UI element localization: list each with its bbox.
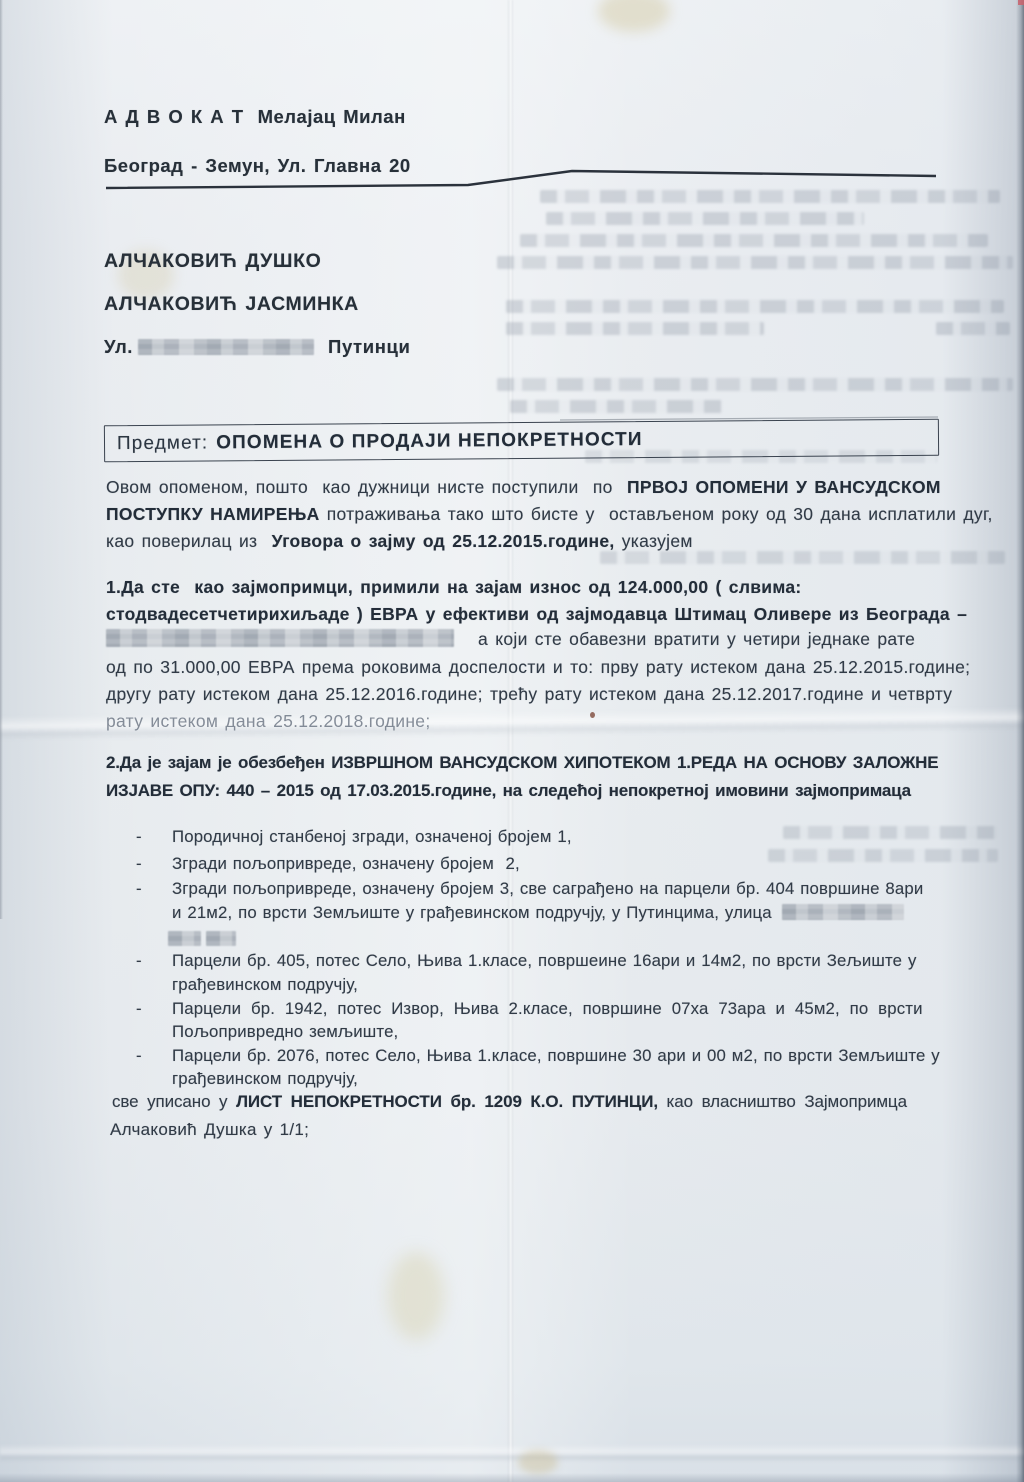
closing-line-2: Алчаковић Душка у 1/1;	[110, 1120, 309, 1140]
recipient-name: АЛЧАКОВИЋ ЈАСМИНКА	[104, 293, 359, 315]
claim2-emphasis: ИЗВРШНОМ ВАНСУДСКОМ ХИПОТЕКОМ 1.РЕДА НА …	[331, 753, 938, 772]
corner-red-mark	[1018, 0, 1024, 5]
redacted-street-address	[138, 339, 314, 355]
property-text: Згради пољопривреде, означену бројем 3, …	[172, 879, 923, 898]
redacted-property-street-3	[206, 931, 236, 946]
bullet-marker: -	[136, 854, 172, 874]
property-text: и 21м2, по врсти Земљиште у грађевинском…	[172, 903, 772, 922]
recipient-name-2: АЛЧАКОВИЋ ЈАСМИНКА	[104, 293, 359, 316]
claim1-line-3: а који сте обавезни вратити у четири јед…	[106, 629, 915, 650]
claim1-text: другу рату истеком дана 25.12.2016.годин…	[106, 684, 952, 704]
property-text: Парцели бр. 2076, потес Село, Њива 1.кла…	[172, 1046, 940, 1065]
property-text: Породичној станбеној згради, означеној б…	[172, 827, 572, 846]
bullet-marker: -	[136, 879, 172, 899]
property-item-6-line-1: -Парцели бр. 2076, потес Село, Њива 1.кл…	[136, 1046, 940, 1066]
property-text: Парцели бр. 1942, потес Извор, Њива 2.кл…	[172, 999, 923, 1018]
intro-emphasis: ПОСТУПКУ НАМИРЕЊА	[106, 504, 320, 524]
bullet-marker: -	[136, 951, 172, 971]
claim1-text: 1.Да сте као зајмопримци, примили на зај…	[106, 577, 802, 597]
closing-emphasis: ЛИСТ НЕПОКРЕТНОСТИ бр. 1209 К.О. ПУТИНЦИ…	[236, 1092, 658, 1111]
recipient-name-1: АЛЧАКОВИЋ ДУШКО	[104, 250, 321, 273]
claim2-emphasis: ИЗЈАВЕ ОПУ: 440 – 2015 од 17.03.2015.год…	[106, 781, 496, 800]
property-text: грађевинском подручју,	[172, 1069, 358, 1088]
redacted-lender-address	[106, 629, 454, 647]
claim1-line-4: од по 31.000,00 ЕВРА према роковима досп…	[106, 657, 970, 678]
scan-line-overlay	[0, 0, 1024, 1482]
claim1-line-2: стодвадесетчетирихиљаде ) ЕВРА у ефектив…	[106, 604, 967, 625]
claim2-text: 2.Да је зајам је обезбеђен	[106, 753, 331, 772]
intro-line-2: ПОСТУПКУ НАМИРЕЊА потраживања тако што б…	[106, 504, 993, 525]
claim1-line-1: 1.Да сте као зајмопримци, примили на зај…	[106, 577, 802, 598]
street-label: Ул.	[104, 336, 133, 357]
claim1-text: стодвадесетчетирихиљаде ) ЕВРА у ефектив…	[106, 604, 967, 624]
property-item-4-line-1: -Парцели бр. 405, потес Село, Њива 1.кла…	[136, 951, 917, 971]
page-edge-shadow-left	[0, 0, 3, 919]
intro-emphasis: Уговора о зајму од 25.12.2015.године,	[272, 531, 615, 551]
page-edge-shadow-right	[1016, 0, 1024, 1482]
property-text: Пољопривредно земљиште,	[172, 1022, 398, 1041]
property-item-3-line-1: -Згради пољопривреде, означену бројем 3,…	[136, 879, 923, 899]
property-item-3-line-2: и 21м2, по врсти Земљиште у грађевинском…	[172, 903, 904, 923]
subject-label: Предмет:	[117, 432, 208, 454]
claim2-line-2: ИЗЈАВЕ ОПУ: 440 – 2015 од 17.03.2015.год…	[106, 781, 911, 801]
property-item-5-line-2: Пољопривредно земљиште,	[172, 1022, 398, 1042]
property-item-3-line-3	[168, 929, 236, 949]
claim2-text: на следећој непокретној имовини зајмопри…	[496, 781, 911, 800]
recipient-name: АЛЧАКОВИЋ ДУШКО	[104, 250, 321, 272]
property-text: Парцели бр. 405, потес Село, Њива 1.клас…	[172, 951, 917, 970]
property-item-5-line-1: -Парцели бр. 1942, потес Извор, Њива 2.к…	[136, 999, 923, 1019]
bullet-marker: -	[136, 999, 172, 1019]
intro-text: Овом опоменом, пошто као дужници нисте п…	[106, 477, 627, 497]
claim1-text: од по 31.000,00 ЕВРА према роковима досп…	[106, 657, 970, 677]
intro-text: као поверилац из	[106, 531, 272, 551]
claim1-text: а који сте обавезни вратити у четири јед…	[478, 629, 915, 649]
redacted-property-street-2	[168, 931, 201, 946]
intro-text: указујем	[615, 531, 693, 551]
property-item-6-line-2: грађевинском подручју,	[172, 1069, 358, 1089]
header-rule	[106, 171, 936, 188]
intro-line-3: као поверилац из Уговора о зајму од 25.1…	[106, 531, 693, 552]
closing-text: све уписано у	[112, 1092, 236, 1111]
recipient-address-line: Ул.Путинци	[104, 336, 410, 358]
subject-title: ОПОМЕНА О ПРОДАЈИ НЕПОКРЕТНОСТИ	[216, 429, 643, 453]
bullet-marker: -	[136, 1046, 172, 1066]
redacted-property-street	[782, 904, 904, 920]
bullet-marker: -	[136, 827, 172, 847]
recipient-city: Путинци	[328, 336, 410, 357]
subject-line: Предмет:ОПОМЕНА О ПРОДАЈИ НЕПОКРЕТНОСТИ	[117, 422, 643, 461]
claim1-text: рату истеком дана 25.12.2018.године;	[106, 711, 431, 731]
property-text: грађевинском подручју,	[172, 975, 358, 994]
property-item-1: -Породичној станбеној згради, означеној …	[136, 827, 572, 847]
intro-text: потраживања тако што бисте у остављеном …	[320, 504, 993, 524]
page-edge-shadow-bottom	[0, 1473, 1024, 1482]
scanned-legal-letter: А Д В О К А ТМелајац Милан Београд - Зем…	[0, 0, 1024, 1482]
property-item-4-line-2: грађевинском подручју,	[172, 975, 358, 995]
property-item-2: -Згради пољопривреде, означену бројем 2,	[136, 854, 520, 874]
property-text: Згради пољопривреде, означену бројем 2,	[172, 854, 520, 873]
closing-text: као власништво Зајмопримца	[658, 1092, 907, 1111]
claim2-line-1: 2.Да је зајам је обезбеђен ИЗВРШНОМ ВАНС…	[106, 753, 938, 773]
subject-box: Предмет:ОПОМЕНА О ПРОДАЈИ НЕПОКРЕТНОСТИ	[104, 419, 939, 463]
closing-text: Алчаковић Душка у 1/1;	[110, 1120, 309, 1139]
claim1-line-6: рату истеком дана 25.12.2018.године;	[106, 711, 431, 732]
intro-emphasis: ПРВОЈ ОПОМЕНИ У ВАНСУДСКОМ	[627, 477, 941, 497]
intro-line-1: Овом опоменом, пошто као дужници нисте п…	[106, 477, 941, 498]
closing-line-1: све уписано у ЛИСТ НЕПОКРЕТНОСТИ бр. 120…	[112, 1092, 907, 1112]
claim1-line-5: другу рату истеком дана 25.12.2016.годин…	[106, 684, 952, 705]
